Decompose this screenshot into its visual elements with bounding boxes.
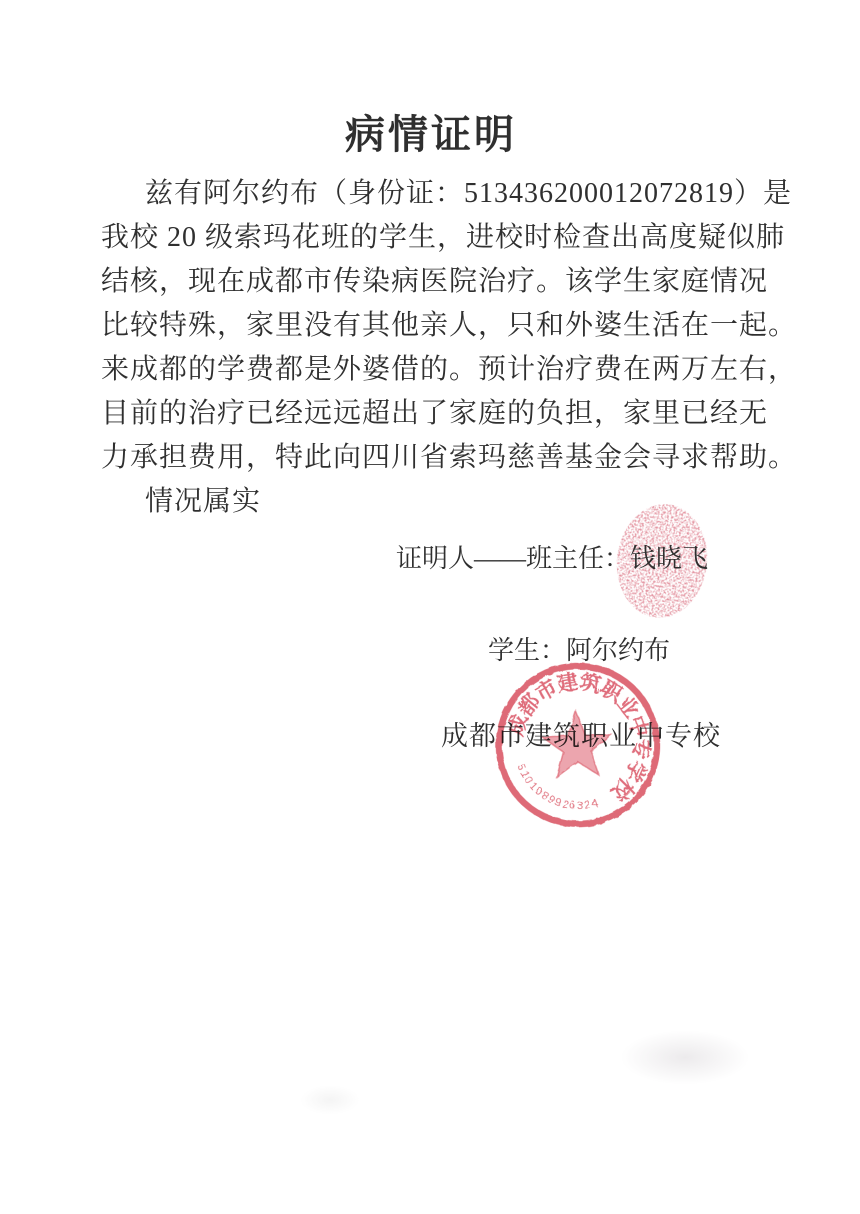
certificate-body: 兹有阿尔约布（身份证：513436200012072819）是 我校 20 级索… <box>101 172 773 524</box>
scan-smudge <box>620 1030 750 1085</box>
body-line: 结核，现在成都市传染病医院治疗。该学生家庭情况 <box>101 260 773 304</box>
school-name-line: 成都市建筑职业中专校 <box>441 714 721 753</box>
body-line: 力承担费用，特此向四川省索玛慈善基金会寻求帮助。 <box>101 436 773 480</box>
body-line: 我校 20 级索玛花班的学生，进校时检查出高度疑似肺 <box>101 216 773 260</box>
scanned-certificate-page: 病情证明 兹有阿尔约布（身份证：513436200012072819）是 我校 … <box>0 0 860 1214</box>
student-signature-line: 学生：阿尔约布 <box>488 630 670 667</box>
scan-smudge <box>300 1085 360 1115</box>
body-line: 目前的治疗已经远远超出了家庭的负担，家里已经无 <box>101 392 773 436</box>
body-line: 兹有阿尔约布（身份证：513436200012072819）是 <box>101 172 773 216</box>
certifier-signature-line: 证明人——班主任：钱晓飞 <box>396 538 708 575</box>
document-title: 病情证明 <box>100 103 762 160</box>
body-line: 来成都的学费都是外婆借的。预计治疗费在两万左右， <box>101 348 773 392</box>
body-line: 比较特殊，家里没有其他亲人，只和外婆生活在一起。 <box>101 304 773 348</box>
